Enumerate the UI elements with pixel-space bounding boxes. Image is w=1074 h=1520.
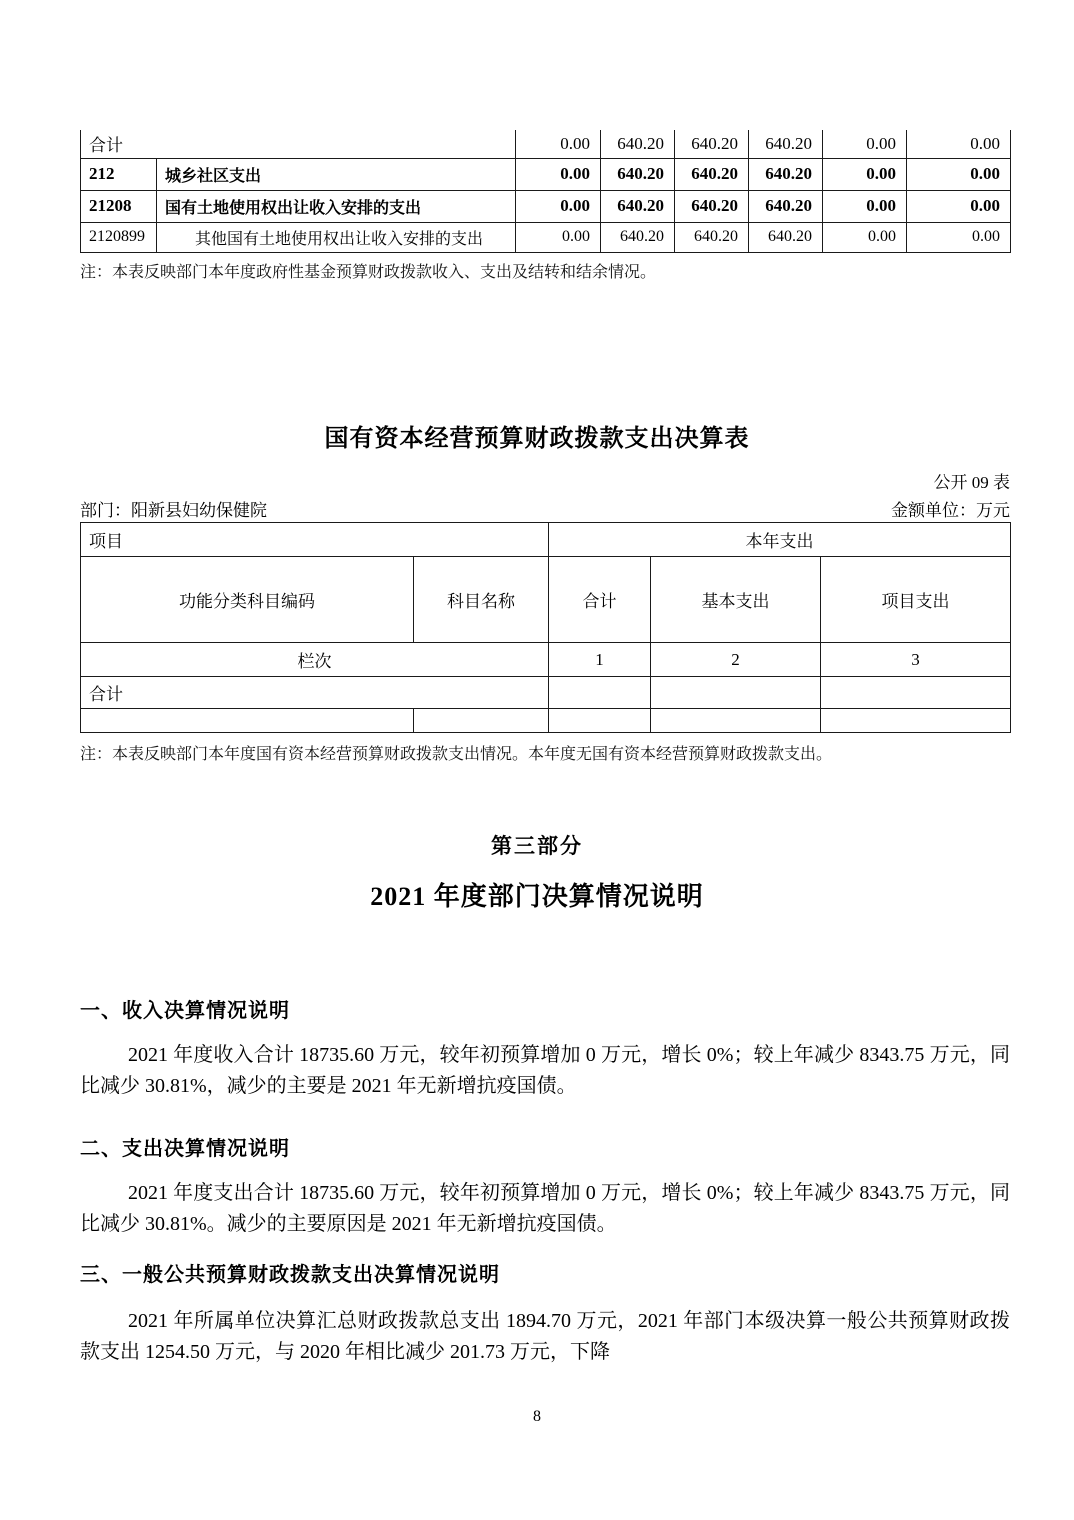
- cell-value: 0.00: [907, 158, 1011, 190]
- cell-value: 0.00: [823, 158, 907, 190]
- table-row: 功能分类科目编码 科目名称 合计 基本支出 项目支出: [81, 557, 1011, 643]
- section-body-income: 2021 年度收入合计 18735.60 万元，较年初预算增加 0 万元，增长 …: [80, 1040, 1010, 1102]
- cell-value: 0.00: [907, 190, 1011, 222]
- cell-value: 640.20: [749, 158, 823, 190]
- cell-value: 640.20: [749, 222, 823, 252]
- table-row: [81, 709, 1011, 733]
- table-row: 项目 本年支出: [81, 523, 1011, 557]
- cell-value: 0.00: [823, 222, 907, 252]
- cell-value: 640.20: [601, 158, 675, 190]
- table-row: 212 城乡社区支出 0.00 640.20 640.20 640.20 0.0…: [81, 158, 1011, 190]
- page-number: 8: [0, 1408, 1074, 1426]
- report-title: 国有资本经营预算财政拨款支出决算表: [0, 418, 1074, 453]
- table-row: 21208 国有土地使用权出让收入安排的支出 0.00 640.20 640.2…: [81, 190, 1011, 222]
- gov-fund-table-block: 合计 0.00 640.20 640.20 640.20 0.00 0.00 2…: [80, 130, 1011, 282]
- department-label: 部门：阳新县妇幼保健院: [80, 496, 267, 521]
- cell-value: 0.00: [516, 222, 601, 252]
- total-row-label: 合计: [81, 677, 549, 709]
- rank-col: 1: [549, 643, 651, 677]
- empty-cell: [651, 709, 821, 733]
- cell-value: 640.20: [675, 130, 749, 158]
- table-code-label: 公开 09 表: [80, 468, 1010, 493]
- unit-label: 金额单位：万元: [891, 496, 1010, 521]
- empty-cell: [821, 709, 1011, 733]
- statement-table: 项目 本年支出 功能分类科目编码 科目名称 合计 基本支出 项目支出 栏次 1 …: [80, 522, 1011, 733]
- row-name: 其他国有土地使用权出让收入安排的支出: [157, 222, 516, 252]
- cell-value: 0.00: [823, 190, 907, 222]
- row-name: 国有土地使用权出让收入安排的支出: [157, 190, 516, 222]
- part-heading: 第三部分: [0, 830, 1074, 860]
- cell-value: 0.00: [823, 130, 907, 158]
- table-note: 注：本表反映部门本年度国有资本经营预算财政拨款支出情况。本年度无国有资本经营预算…: [80, 741, 1011, 764]
- cell-value: 0.00: [907, 222, 1011, 252]
- empty-cell: [651, 677, 821, 709]
- cell-value: 640.20: [675, 222, 749, 252]
- cell-value: 0.00: [907, 130, 1011, 158]
- cell-value: 640.20: [675, 158, 749, 190]
- narrative-title: 2021 年度部门决算情况说明: [0, 876, 1074, 913]
- cell-value: 640.20: [675, 190, 749, 222]
- header-total: 合计: [549, 557, 651, 643]
- cell-value: 640.20: [601, 190, 675, 222]
- empty-cell: [414, 709, 549, 733]
- cell-value: 640.20: [601, 130, 675, 158]
- table-note: 注：本表反映部门本年度政府性基金预算财政拨款收入、支出及结转和结余情况。: [80, 259, 1011, 282]
- header-current-year-expense: 本年支出: [549, 523, 1011, 557]
- rank-col: 2: [651, 643, 821, 677]
- rank-row-label: 栏次: [81, 643, 549, 677]
- header-project-expense: 项目支出: [821, 557, 1011, 643]
- statement-table-block: 项目 本年支出 功能分类科目编码 科目名称 合计 基本支出 项目支出 栏次 1 …: [80, 522, 1011, 764]
- header-basic-expense: 基本支出: [651, 557, 821, 643]
- section-body-expense: 2021 年度支出合计 18735.60 万元，较年初预算增加 0 万元，增长 …: [80, 1178, 1010, 1240]
- cell-value: 640.20: [601, 222, 675, 252]
- table-row: 合计: [81, 677, 1011, 709]
- rank-col: 3: [821, 643, 1011, 677]
- cell-value: 640.20: [749, 130, 823, 158]
- section-body-public-budget: 2021 年所属单位决算汇总财政拨款总支出 1894.70 万元，2021 年部…: [80, 1306, 1010, 1368]
- row-code: 21208: [81, 190, 157, 222]
- row-code: 2120899: [81, 222, 157, 252]
- section-heading-public-budget: 三、一般公共预算财政拨款支出决算情况说明: [80, 1258, 500, 1287]
- table-row: 2120899 其他国有土地使用权出让收入安排的支出 0.00 640.20 6…: [81, 222, 1011, 252]
- total-row-label: 合计: [81, 130, 516, 158]
- row-code: 212: [81, 158, 157, 190]
- header-item: 项目: [81, 523, 549, 557]
- empty-cell: [81, 709, 414, 733]
- cell-value: 0.00: [516, 190, 601, 222]
- table-row: 栏次 1 2 3: [81, 643, 1011, 677]
- section-heading-expense: 二、支出决算情况说明: [80, 1132, 290, 1161]
- empty-cell: [549, 709, 651, 733]
- document-page: 合计 0.00 640.20 640.20 640.20 0.00 0.00 2…: [0, 0, 1074, 1520]
- empty-cell: [549, 677, 651, 709]
- cell-value: 0.00: [516, 130, 601, 158]
- header-function-code: 功能分类科目编码: [81, 557, 414, 643]
- cell-value: 640.20: [749, 190, 823, 222]
- row-name: 城乡社区支出: [157, 158, 516, 190]
- cell-value: 0.00: [516, 158, 601, 190]
- table-row-total: 合计 0.00 640.20 640.20 640.20 0.00 0.00: [81, 130, 1011, 158]
- section-heading-income: 一、收入决算情况说明: [80, 994, 290, 1023]
- gov-fund-table: 合计 0.00 640.20 640.20 640.20 0.00 0.00 2…: [80, 130, 1011, 253]
- empty-cell: [821, 677, 1011, 709]
- meta-line: 部门：阳新县妇幼保健院 金额单位：万元: [80, 496, 1010, 521]
- header-subject-name: 科目名称: [414, 557, 549, 643]
